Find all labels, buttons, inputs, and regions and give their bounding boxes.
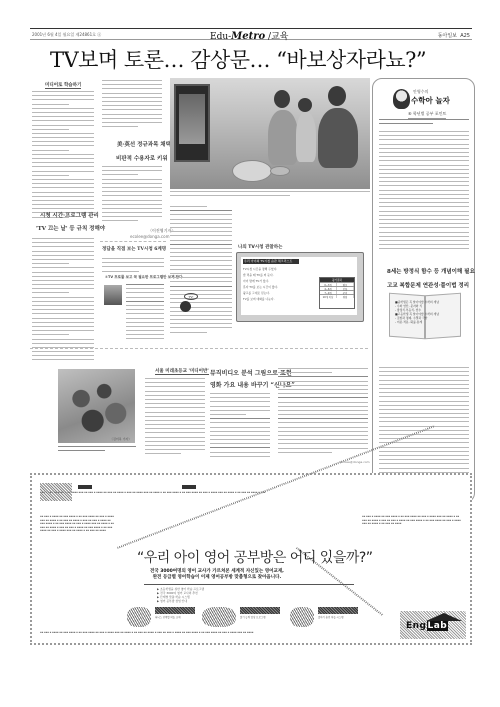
section-suffix: /교육 [265, 32, 288, 42]
photo-caption [170, 191, 370, 203]
subheading-critical: 비판적 수용자로 키워 [116, 154, 168, 162]
school-body-3 [278, 368, 368, 460]
ad-rule [144, 584, 354, 585]
checklist-item: 혼자 TV를 보는 시간이 많다. [243, 285, 278, 289]
score-result: 위험 [337, 295, 354, 298]
score-range: 4~6개 [320, 287, 337, 290]
section-divider [30, 348, 368, 349]
checklist-item: TV시청 시간을 정해 두었다. [243, 267, 277, 271]
book-graphic: ■중학생은 꼭 알아야할 수학의 개념 - 수와 연산, 문자와 식 - 방정식… [389, 294, 461, 344]
product-label-bar [155, 607, 195, 614]
product-label-bar [318, 607, 358, 614]
section-brand: Metro [231, 31, 265, 42]
score-result: 양호 [337, 283, 354, 286]
column-body-1 [379, 131, 469, 249]
product-image [290, 607, 314, 627]
author-photo [393, 89, 410, 109]
section-prefix: Edu- [210, 32, 231, 42]
englab-advertisement[interactable]: ▪▪▪ ▪ ▪▪▪ ▪▪ ▪▪▪▪ ▪ ▪▪ ▪▪▪▪ ▪▪▪ ▪▪ ▪▪▪ ▪… [30, 473, 472, 645]
column-body-2 [379, 367, 469, 485]
school-body-2 [210, 393, 270, 461]
page-number: A25 [460, 33, 470, 39]
product-desc: 파닉스 단계별 학습 교재 [155, 616, 197, 619]
subheading-us-uk: 美·英선 정규과목 채택 [117, 140, 171, 148]
issue-date: 2001년 6월 4일 월요일 제24861호 ⓐ [32, 32, 101, 38]
column-heading-2: 고교 복합문제 연관성·풀이법 정리 [387, 281, 469, 289]
product-image [202, 607, 236, 627]
school-photo-caption [58, 446, 136, 456]
article-kicker: 미디어로 학습하기 [45, 82, 81, 89]
tips-illustration [104, 285, 122, 305]
score-table: 평가결과 0~3개양호 4~6개보통 7~9개주의 10개 이상위험 [319, 277, 355, 309]
ad-left-text: ▪▪ ▪▪▪ ▪ ▪▪▪▪ ▪▪ ▪▪▪ ▪▪▪▪ ▪ ▪▪ ▪▪▪ ▪▪▪▪ … [40, 515, 115, 635]
tv-frame: 우리 아이의 TV시청 습관 체크리스트 TV시청 시간을 정해 두었다. 밥 … [236, 252, 364, 322]
product-image [127, 607, 151, 627]
newspaper-page: 2001년 6월 4일 월요일 제24861호 ⓐ Edu-Metro /교육 … [30, 28, 472, 674]
table [232, 160, 272, 182]
child-figure [296, 112, 316, 162]
score-row: 7~9개주의 [320, 290, 354, 294]
ad-bullet: ▶ 영어 공부방 창업 안내 [157, 599, 204, 603]
product-label-bar [240, 607, 280, 614]
score-result: 보통 [337, 287, 354, 290]
ad-tag [182, 485, 196, 489]
school-kicker: 서울 미래초등교 '미디어반' [155, 368, 209, 375]
family-tv-photo [170, 78, 370, 189]
brand-prefix: Eng [406, 621, 427, 631]
article-body-col1b [32, 238, 94, 363]
tips-body-col [126, 284, 164, 344]
school-class-photo [58, 369, 135, 443]
product-desc: 말하기 훈련 학습 시스템 [318, 616, 360, 619]
divider [100, 241, 166, 242]
brand-suffix: Lab [427, 621, 449, 631]
ad-headline: “우리 아이 영어 공부방은 어디 있을까?” [137, 547, 373, 567]
column-quote-lines [379, 119, 469, 129]
school-body-1 [145, 378, 205, 460]
article-body-col2 [102, 80, 162, 134]
article-body-col3 [170, 206, 232, 344]
house-roof-icon [426, 613, 462, 621]
tips-box-title: 정답을 직접 보는 TV시청 6계명 [102, 246, 166, 252]
score-range: 7~9개 [320, 291, 337, 294]
subheading-rules: 'TV 끄는 날' 등 규칙 정해야 [36, 224, 105, 232]
checklist-title: 나의 TV시청 관찰하는 [238, 244, 282, 250]
paper-name: 동아일보 [438, 33, 457, 39]
checklist-item: 밥 먹을 때 TV를 켜 둔다. [243, 273, 274, 277]
checklist-header: 우리 아이의 TV시청 습관 체크리스트 [243, 259, 299, 264]
mother-figure [268, 110, 298, 165]
column-brand: 수학아 놀자 [411, 95, 450, 106]
ad-subline-2: 완전 등급별 영어학습이 이제 영어공부방 맞춤형으로 찾아옵니다. [150, 575, 284, 581]
ad-bottom-text: ▪▪ ▪▪▪ ▪ ▪▪▪▪ ▪▪ ▪▪▪ ▪▪▪▪ ▪ ▪▪ ▪▪▪ ▪▪▪▪ … [40, 631, 390, 641]
score-result: 주의 [337, 291, 354, 294]
son-figure [318, 108, 358, 168]
checklist-item: 아이 방에 TV가 있다. [243, 279, 269, 283]
score-range: 0~3개 [320, 283, 337, 286]
paper-info: 동아일보 A25 [438, 32, 470, 39]
section-title: Edu-Metro /교육 [210, 29, 288, 42]
product-desc: 읽기 능력 향상 프로그램 [240, 616, 282, 619]
ad-subline: 전국 3000여명의 영어 교사가 가르쳐본 세계적 자신있는 영어교재, 완전… [150, 569, 284, 581]
main-headline: TV보며 토론… 감상문… “바보상자라뇨?” [50, 44, 426, 74]
checklist-item: 광고를 그대로 믿는다. [243, 291, 270, 295]
column-heading-1: 8세는 방정식 함수 등 개념이해 필요 [387, 267, 475, 275]
speech-bubble: TV! [184, 293, 198, 300]
subheading-viewing-time: 시청 시간·프로그램 관리 [40, 211, 99, 219]
book-contents: ■중학생은 꼭 알아야할 수학의 개념 - 수와 연산, 문자와 식 - 방정식… [395, 300, 457, 324]
score-row: 10개 이상위험 [320, 294, 354, 298]
score-row: 4~6개보통 [320, 286, 354, 290]
math-column-box: 안영수의 수학아 놀자 ⑥ 학년별 공부 포인트 “중학교 때 하다 그만 둔다… [372, 78, 475, 503]
email-link[interactable]: ecolee@donga.com [130, 234, 169, 239]
book-item: - 미분·적분, 확률·통계 [395, 320, 457, 324]
tv-checklist-box: 나의 TV시청 관찰하는 우리 아이의 TV시청 습관 체크리스트 TV시청 시… [236, 244, 366, 322]
ad-tag [78, 485, 92, 489]
score-row: 0~3개양호 [320, 282, 354, 286]
photo-credit: 〈김미옥 기자〉 [110, 437, 131, 441]
ad-right-text: ▪▪ ▪▪▪ ▪ ▪▪▪▪ ▪▪ ▪▪▪ ▪▪▪▪ ▪ ▪▪ ▪▪▪ ▪▪▪▪ … [362, 515, 462, 595]
score-range: 10개 이상 [320, 295, 337, 298]
checklist-item: TV를 보며 대화를 나눈다. [243, 297, 275, 301]
englab-logo[interactable]: EngLab [400, 611, 466, 639]
column-number: ⑥ 학년별 공부 포인트 [408, 111, 446, 119]
englab-wordmark: EngLab [406, 621, 448, 631]
tv-set [174, 84, 210, 162]
masthead: 2001년 6월 4일 월요일 제24861호 ⓐ Edu-Metro /교육 … [30, 28, 472, 40]
ad-bullets: ▶ 초등학생을 위한 영어 학습 프로그램 ▶ 전국 3000여 영어 교사의 … [157, 587, 204, 603]
cartoon-illustration: TV! [178, 293, 198, 315]
